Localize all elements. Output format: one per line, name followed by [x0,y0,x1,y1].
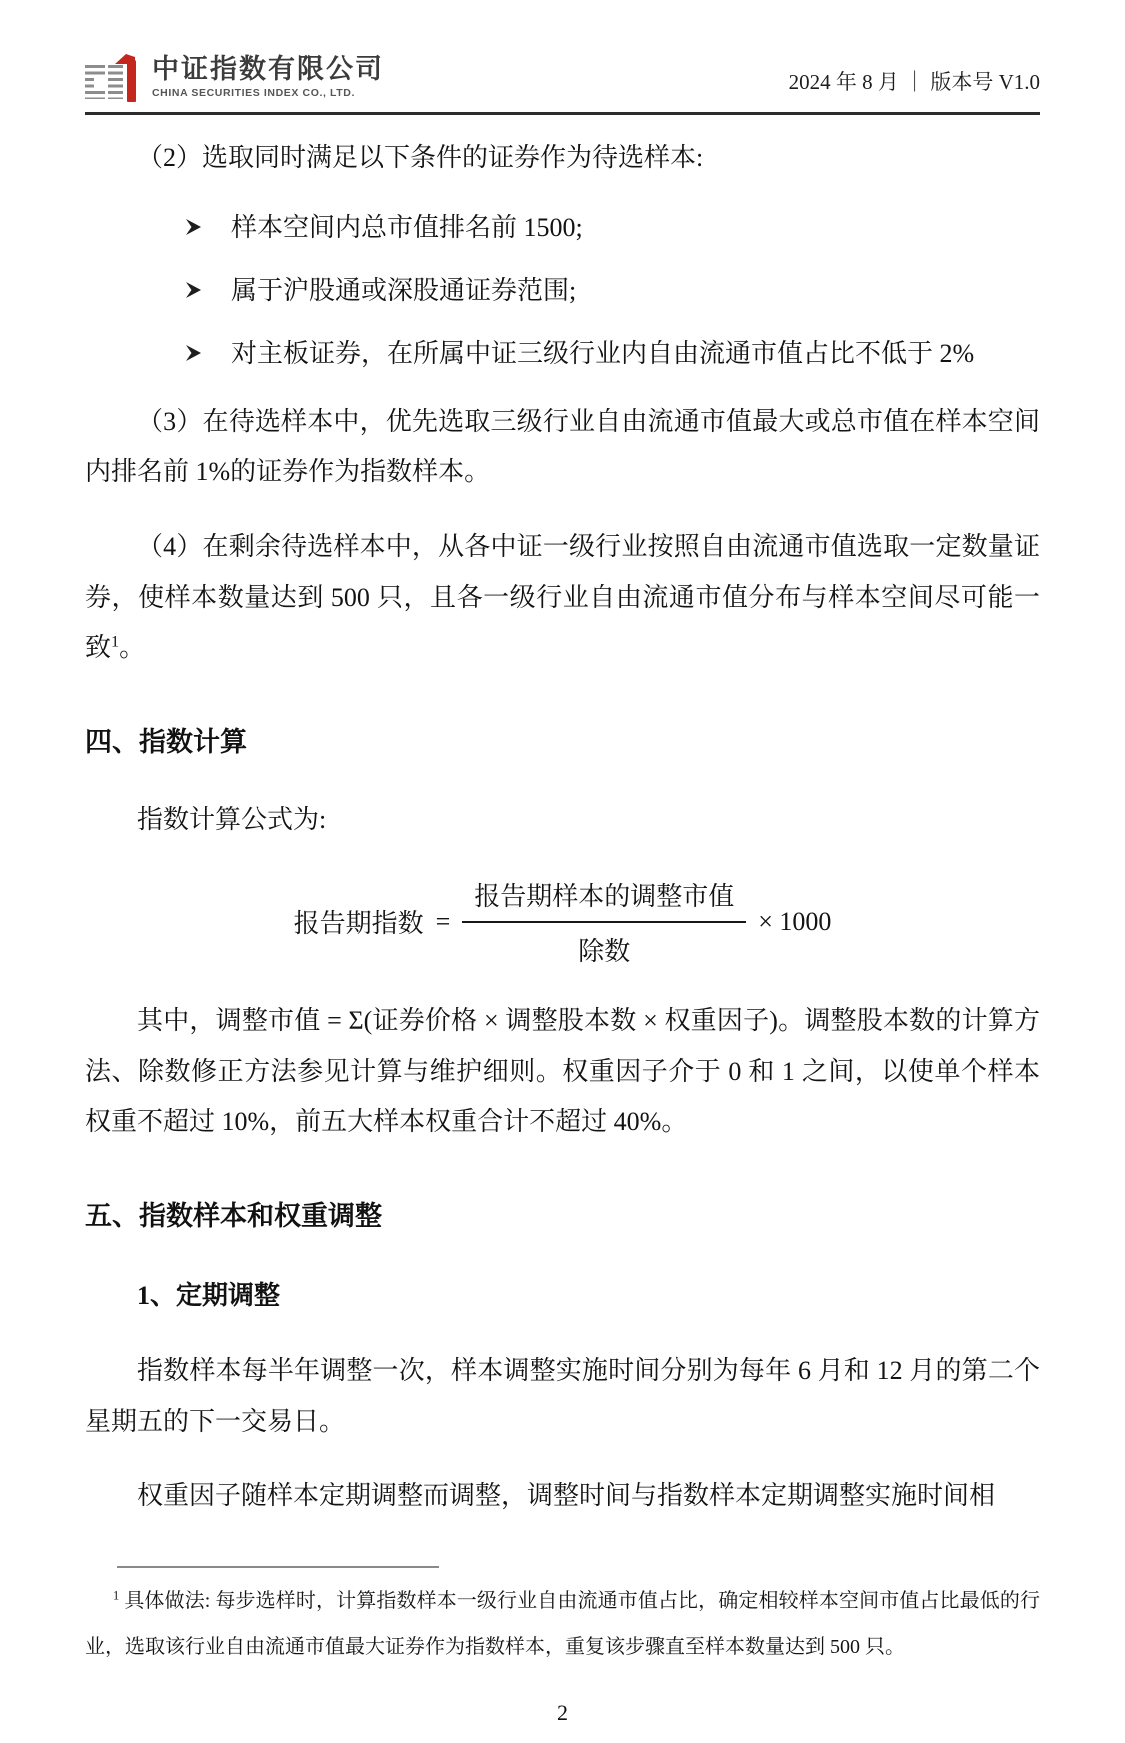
list-item-text: 样本空间内总市值排名前 1500; [231,208,583,247]
csi-logo-icon [85,52,141,102]
formula-intro: 指数计算公式为: [85,795,1040,846]
formula-lhs: 报告期指数 [294,903,424,940]
arrow-bullet-icon [185,209,203,248]
list-item: 样本空间内总市值排名前 1500; [85,208,1040,247]
version-date-label: 2024 年 8 月 ｜ 版本号 V1.0 [789,66,1040,102]
footnote-reference-mark: 1 [111,634,119,651]
footnote-body-text: 具体做法: 每步选样时，计算指数样本一级行业自由流通市值占比，确定相较样本空间市… [85,1590,1040,1658]
paragraph-adjusted-cap: 其中，调整市值 = Σ(证券价格 × 调整股本数 × 权重因子)。调整股本数的计… [85,996,1040,1148]
section-title-index-calculation: 四、指数计算 [85,720,1040,759]
arrow-bullet-icon [185,335,203,374]
paragraph-step-4: （4）在剩余待选样本中，从各中证一级行业按照自由流通市值选取一定数量证券，使样本… [85,522,1040,674]
formula-equals: = [436,907,451,937]
list-item-text: 对主板证券，在所属中证三级行业内自由流通市值占比不低于 2% [231,334,974,373]
paragraph-step-4-period: 。 [119,633,145,662]
paragraph-weight-factor: 权重因子随样本定期调整而调整，调整时间与指数样本定期调整实施时间相 [85,1471,1040,1522]
logo-text: 中证指数有限公司 CHINA SECURITIES INDEX CO., LTD… [152,55,384,100]
page-header: 中证指数有限公司 CHINA SECURITIES INDEX CO., LTD… [85,52,1040,115]
logo-stripe-notch [94,76,105,88]
logo-stripe-mid [108,65,123,99]
index-formula: 报告期指数 = 报告期样本的调整市值 除数 × 1000 [85,876,1040,968]
formula-fraction: 报告期样本的调整市值 除数 [462,876,746,968]
arrow-bullet-icon [185,272,203,311]
paragraph-step-3: （3）在待选样本中，优先选取三级行业自由流通市值最大或总市值在样本空间内排名前 … [85,397,1040,498]
section-title-sample-weight-adjustment: 五、指数样本和权重调整 [85,1194,1040,1233]
subsection-title-periodic-adjustment: 1、定期调整 [85,1275,1040,1312]
logo-red-bar [127,59,136,102]
paragraph-step-2: （2）选取同时满足以下条件的证券作为待选样本: [85,133,1040,184]
company-name-en: CHINA SECURITIES INDEX CO., LTD. [152,87,384,99]
formula-numerator: 报告期样本的调整市值 [462,876,746,921]
document-page: 中证指数有限公司 CHINA SECURITIES INDEX CO., LTD… [0,0,1125,1743]
page-number: 2 [85,1700,1040,1726]
company-logo: 中证指数有限公司 CHINA SECURITIES INDEX CO., LTD… [85,52,384,102]
list-item: 属于沪股通或深股通证券范围; [85,271,1040,310]
list-item: 对主板证券，在所属中证三级行业内自由流通市值占比不低于 2% [85,334,1040,373]
document-body: （2）选取同时满足以下条件的证券作为待选样本: 样本空间内总市值排名前 1500… [85,133,1040,1522]
formula-denominator: 除数 [462,921,746,968]
formula-multiplier: × 1000 [758,907,831,937]
footnote-text: 1 具体做法: 每步选样时，计算指数样本一级行业自由流通市值占比，确定相较样本空… [85,1578,1040,1670]
list-item-text: 属于沪股通或深股通证券范围; [231,271,576,310]
footnote-separator [117,1566,439,1568]
paragraph-step-4-text: （4）在剩余待选样本中，从各中证一级行业按照自由流通市值选取一定数量证券，使样本… [85,532,1040,662]
company-name-cn: 中证指数有限公司 [152,55,384,85]
paragraph-semiannual: 指数样本每半年调整一次，样本调整实施时间分别为每年 6 月和 12 月的第二个星… [85,1346,1040,1447]
